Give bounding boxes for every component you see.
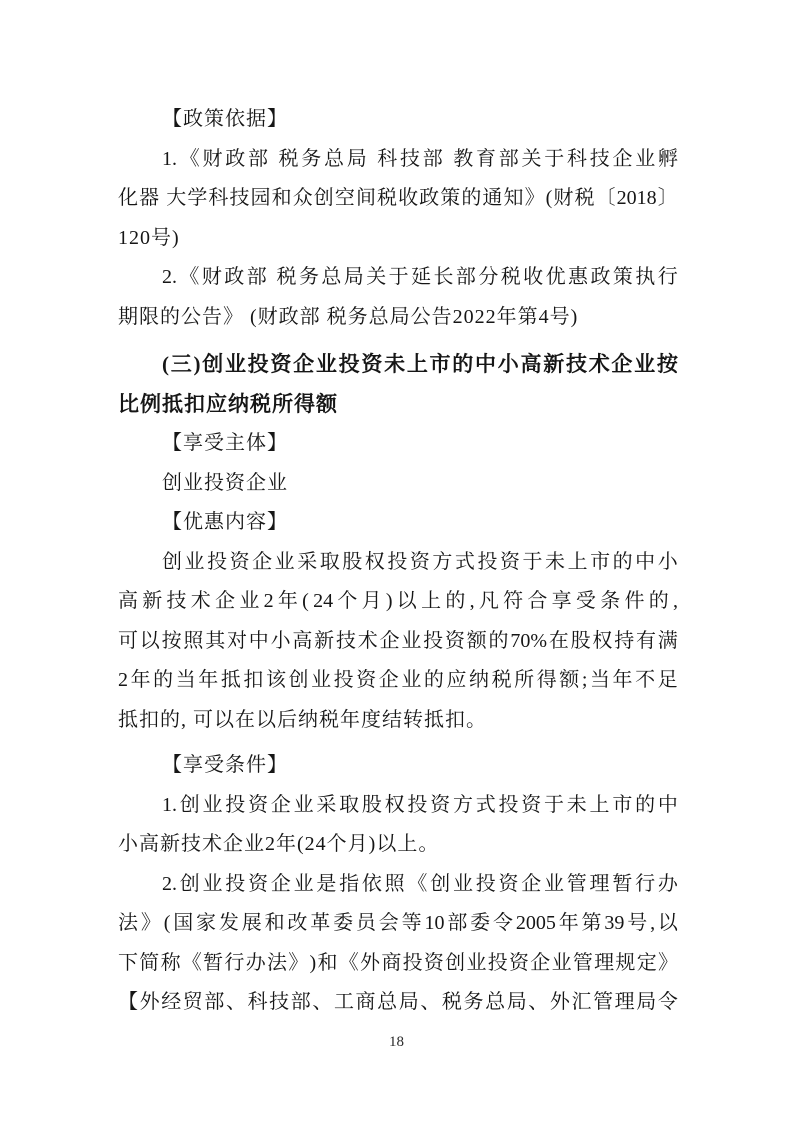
document-body: 【政策依据】 1.《财政部 税务总局 科技部 教育部关于科技企业孵 化器 大学科… xyxy=(118,100,678,1023)
policy-item-1-line-2: 化器 大学科技园和众创空间税收政策的通知》(财税〔2018〕 xyxy=(118,179,678,219)
policy-item-1-line-3: 120号) xyxy=(118,219,678,259)
preferential-content-line-5: 抵扣的, 可以在以后纳税年度结转抵扣。 xyxy=(118,701,678,741)
document-page: 【政策依据】 1.《财政部 税务总局 科技部 教育部关于科技企业孵 化器 大学科… xyxy=(0,0,793,1122)
preferential-content-line-1: 创业投资企业采取股权投资方式投资于未上市的中小 xyxy=(118,543,678,583)
heading-beneficiary: 【享受主体】 xyxy=(118,424,678,464)
condition-1-line-1: 1.创业投资企业采取股权投资方式投资于未上市的中 xyxy=(118,786,678,826)
section-3-title-line-2: 比例抵扣应纳税所得额 xyxy=(118,385,678,425)
condition-2-line-4: 【外经贸部、科技部、工商总局、税务总局、外汇管理局令 xyxy=(118,983,678,1023)
heading-policy-basis: 【政策依据】 xyxy=(118,100,678,140)
preferential-content-line-2: 高新技术企业2年(24个月)以上的,凡符合享受条件的, xyxy=(118,582,678,622)
policy-item-2-line-1: 2.《财政部 税务总局关于延长部分税收优惠政策执行 xyxy=(118,258,678,298)
beneficiary-text: 创业投资企业 xyxy=(118,464,678,504)
preferential-content-line-4: 2年的当年抵扣该创业投资企业的应纳税所得额;当年不足 xyxy=(118,661,678,701)
policy-item-1-line-1: 1.《财政部 税务总局 科技部 教育部关于科技企业孵 xyxy=(118,140,678,180)
condition-2-line-2: 法》(国家发展和改革委员会等10部委令2005年第39号,以 xyxy=(118,904,678,944)
heading-preferential-content: 【优惠内容】 xyxy=(118,503,678,543)
heading-conditions: 【享受条件】 xyxy=(118,746,678,786)
condition-2-line-1: 2.创业投资企业是指依照《创业投资企业管理暂行办 xyxy=(118,865,678,905)
section-3-title-line-1: (三)创业投资企业投资未上市的中小高新技术企业按 xyxy=(118,345,678,385)
policy-item-2-line-2: 期限的公告》 (财政部 税务总局公告2022年第4号) xyxy=(118,298,678,338)
page-number: 18 xyxy=(0,1032,793,1052)
preferential-content-line-3: 可以按照其对中小高新技术企业投资额的70%在股权持有满 xyxy=(118,622,678,662)
condition-1-line-2: 小高新技术企业2年(24个月)以上。 xyxy=(118,825,678,865)
condition-2-line-3: 下简称《暂行办法》)和《外商投资创业投资企业管理规定》 xyxy=(118,944,678,984)
